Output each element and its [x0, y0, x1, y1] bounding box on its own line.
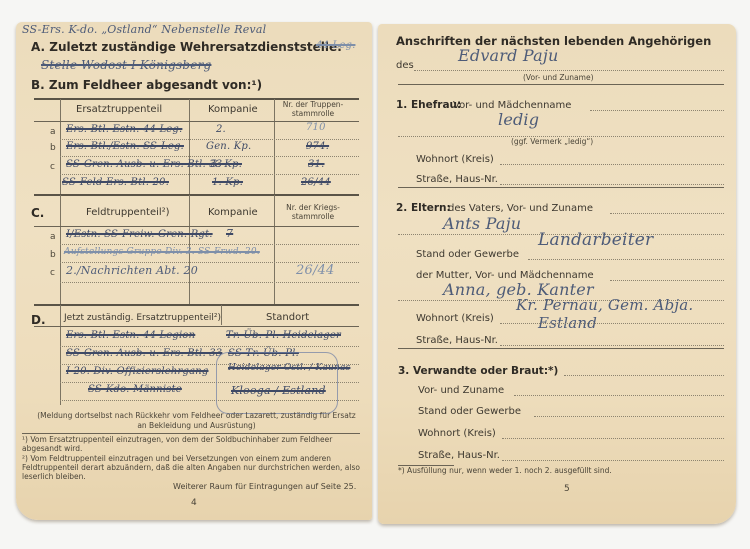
divider [60, 305, 61, 405]
section-3-title: 3. Verwandte oder Braut:*) [398, 365, 558, 377]
divider [221, 305, 222, 325]
divider [500, 345, 724, 346]
section-c-letter: C. [31, 206, 44, 220]
divider [60, 244, 359, 245]
section-b-title: B. Zum Feldheer abgesandt von:¹) [31, 78, 262, 92]
table-cell: Ers. Btl. Estn. 44 Leg. [66, 124, 182, 135]
column-header: Nr. der Truppen-stammrolle [278, 100, 348, 118]
divider [60, 282, 359, 283]
father-occupation-value: Landarbeiter [538, 230, 653, 250]
header-handwritten: SS-Ers. K-do. „Ostland“ Nebenstelle Reva… [22, 23, 266, 36]
divider [398, 84, 724, 85]
row-letter: b [50, 143, 56, 153]
column-header: Jetzt zuständig. Ersatztruppenteil²) [64, 313, 221, 323]
divider [500, 184, 724, 185]
section-a-handwritten: Stelle Wodost I Königsberg [41, 58, 211, 72]
relative-of-name: Edvard Paju [458, 46, 559, 65]
divider [34, 194, 359, 196]
section-2-title: 2. Eltern: [396, 202, 451, 214]
divider [60, 156, 359, 157]
page-number: 4 [191, 498, 197, 508]
wife-residence-label: Wohnort (Kreis) [416, 154, 494, 165]
divider [60, 99, 61, 205]
table-cell: 710 [306, 122, 326, 133]
divider [514, 395, 724, 396]
divider [34, 304, 359, 306]
divider [528, 259, 724, 260]
des-label: des [396, 60, 414, 71]
relative-name-label: Vor- und Zuname [418, 385, 504, 396]
section-a-suffix: 44 Leg. [316, 40, 355, 51]
divider [500, 164, 724, 165]
table-cell: Aufstellungs-Gruppe Div. 3. SS-Frwd. 20. [64, 247, 260, 257]
table-cell: SS-Kdo. Männiste [88, 384, 182, 395]
footnote-1: ¹) Vom Ersatztruppenteil einzutragen, vo… [22, 435, 360, 453]
column-header: Ersatztruppenteil [76, 104, 162, 115]
divider [398, 348, 724, 349]
table-cell: Tr. Üb. Pl. Heidelager [226, 330, 341, 341]
column-header: Kompanie [208, 207, 258, 218]
column-header: Nr. der Kriegs-stammrolle [278, 203, 348, 221]
section-a-title: A. Zuletzt zuständige Wehrersatzdienstst… [31, 40, 342, 54]
section-3-footnote: *) Ausfüllung nur, wenn weder 1. noch 2.… [398, 466, 612, 475]
table-cell: 26/44 [296, 263, 334, 278]
divider [590, 110, 724, 111]
relative-street-label: Straße, Haus-Nr. [418, 450, 500, 461]
table-cell: 2./Nachrichten Abt. 20 [66, 264, 198, 277]
parents-residence-label: Wohnort (Kreis) [416, 313, 494, 324]
divider [22, 433, 360, 434]
divider [564, 375, 724, 376]
table-cell: Ers. Btl./Estn. SS-Leg. [66, 141, 184, 152]
divider [60, 195, 61, 305]
parents-residence-value: Kr. Pernau, Gem. Abja. [516, 296, 693, 314]
section-1-title: 1. Ehefrau: [396, 99, 461, 111]
divider [610, 280, 724, 281]
table-cell: SS-Gren. Ausb. u. Ers. Btl. 33 [66, 159, 222, 170]
continuation-note: Weiterer Raum für Eintragungen auf Seite… [173, 482, 356, 491]
section-d-letter: D. [31, 313, 46, 327]
occupation-label: Stand oder Gewerbe [416, 249, 519, 260]
left-page: SS-Ers. K-do. „Ostland“ Nebenstelle Reva… [16, 22, 372, 520]
wife-name-caption: (ggf. Vermerk „ledig“) [511, 137, 593, 146]
table-cell: Ers. Btl. Estn. 44 Legion [66, 330, 195, 341]
table-cell: 26/44 [301, 177, 331, 188]
table-cell: 974. [306, 141, 329, 152]
divider [274, 99, 275, 205]
stamp-mark [216, 352, 338, 414]
table-cell: I 20. Div. Offizierslehrgang [66, 366, 209, 377]
table-cell: SS-Feld Ers. Btl. 20. [62, 177, 169, 188]
des-caption: (Vor- und Zuname) [523, 73, 594, 82]
divider [502, 460, 724, 461]
right-page: Anschriften der nächsten lebenden Angehö… [378, 24, 736, 524]
column-header: Kompanie [208, 104, 258, 115]
divider [502, 438, 724, 439]
divider [274, 195, 275, 305]
wife-street-label: Straße, Haus-Nr. [416, 174, 498, 185]
return-note: (Meldung dortselbst nach Rückkehr vom Fe… [34, 411, 359, 431]
divider [398, 187, 724, 188]
row-letter: b [50, 250, 56, 260]
father-name-value: Ants Paju [443, 214, 521, 233]
divider [189, 99, 190, 205]
relative-occupation-label: Stand oder Gewerbe [418, 406, 521, 417]
table-cell: Gen. Kp. [206, 141, 251, 152]
table-cell: I/Estn. SS-Freiw. Gren. Rgt. [66, 229, 213, 240]
divider [414, 70, 724, 71]
table-cell: 1. Kp. [212, 177, 243, 188]
column-header: Feldtruppenteil²) [86, 207, 170, 218]
parents-street-label: Straße, Haus-Nr. [416, 335, 498, 346]
table-cell: 31. [308, 159, 325, 170]
row-letter: c [50, 268, 55, 278]
footnote-2: ²) Vom Feldtruppenteil einzutragen und b… [22, 454, 360, 481]
divider [60, 174, 359, 175]
divider [500, 323, 724, 324]
father-label: des Vaters, Vor- und Zuname [448, 203, 593, 214]
divider [34, 326, 359, 327]
row-letter: c [50, 162, 55, 172]
divider [610, 213, 724, 214]
table-cell: 3. Kp. [211, 159, 242, 170]
divider [60, 346, 359, 347]
table-cell: 2. [216, 124, 226, 135]
divider [60, 139, 359, 140]
wife-name-value: ledig [498, 110, 539, 129]
table-cell: 7 [226, 227, 233, 240]
divider [34, 226, 359, 227]
table-cell: SS-Gren. Ausb. u. Ers. Btl. 33 [66, 348, 222, 359]
relative-residence-label: Wohnort (Kreis) [418, 428, 496, 439]
row-letter: a [50, 232, 56, 242]
divider [534, 416, 724, 417]
column-header: Standort [266, 312, 309, 323]
page-number: 5 [564, 484, 570, 494]
row-letter: a [50, 127, 56, 137]
